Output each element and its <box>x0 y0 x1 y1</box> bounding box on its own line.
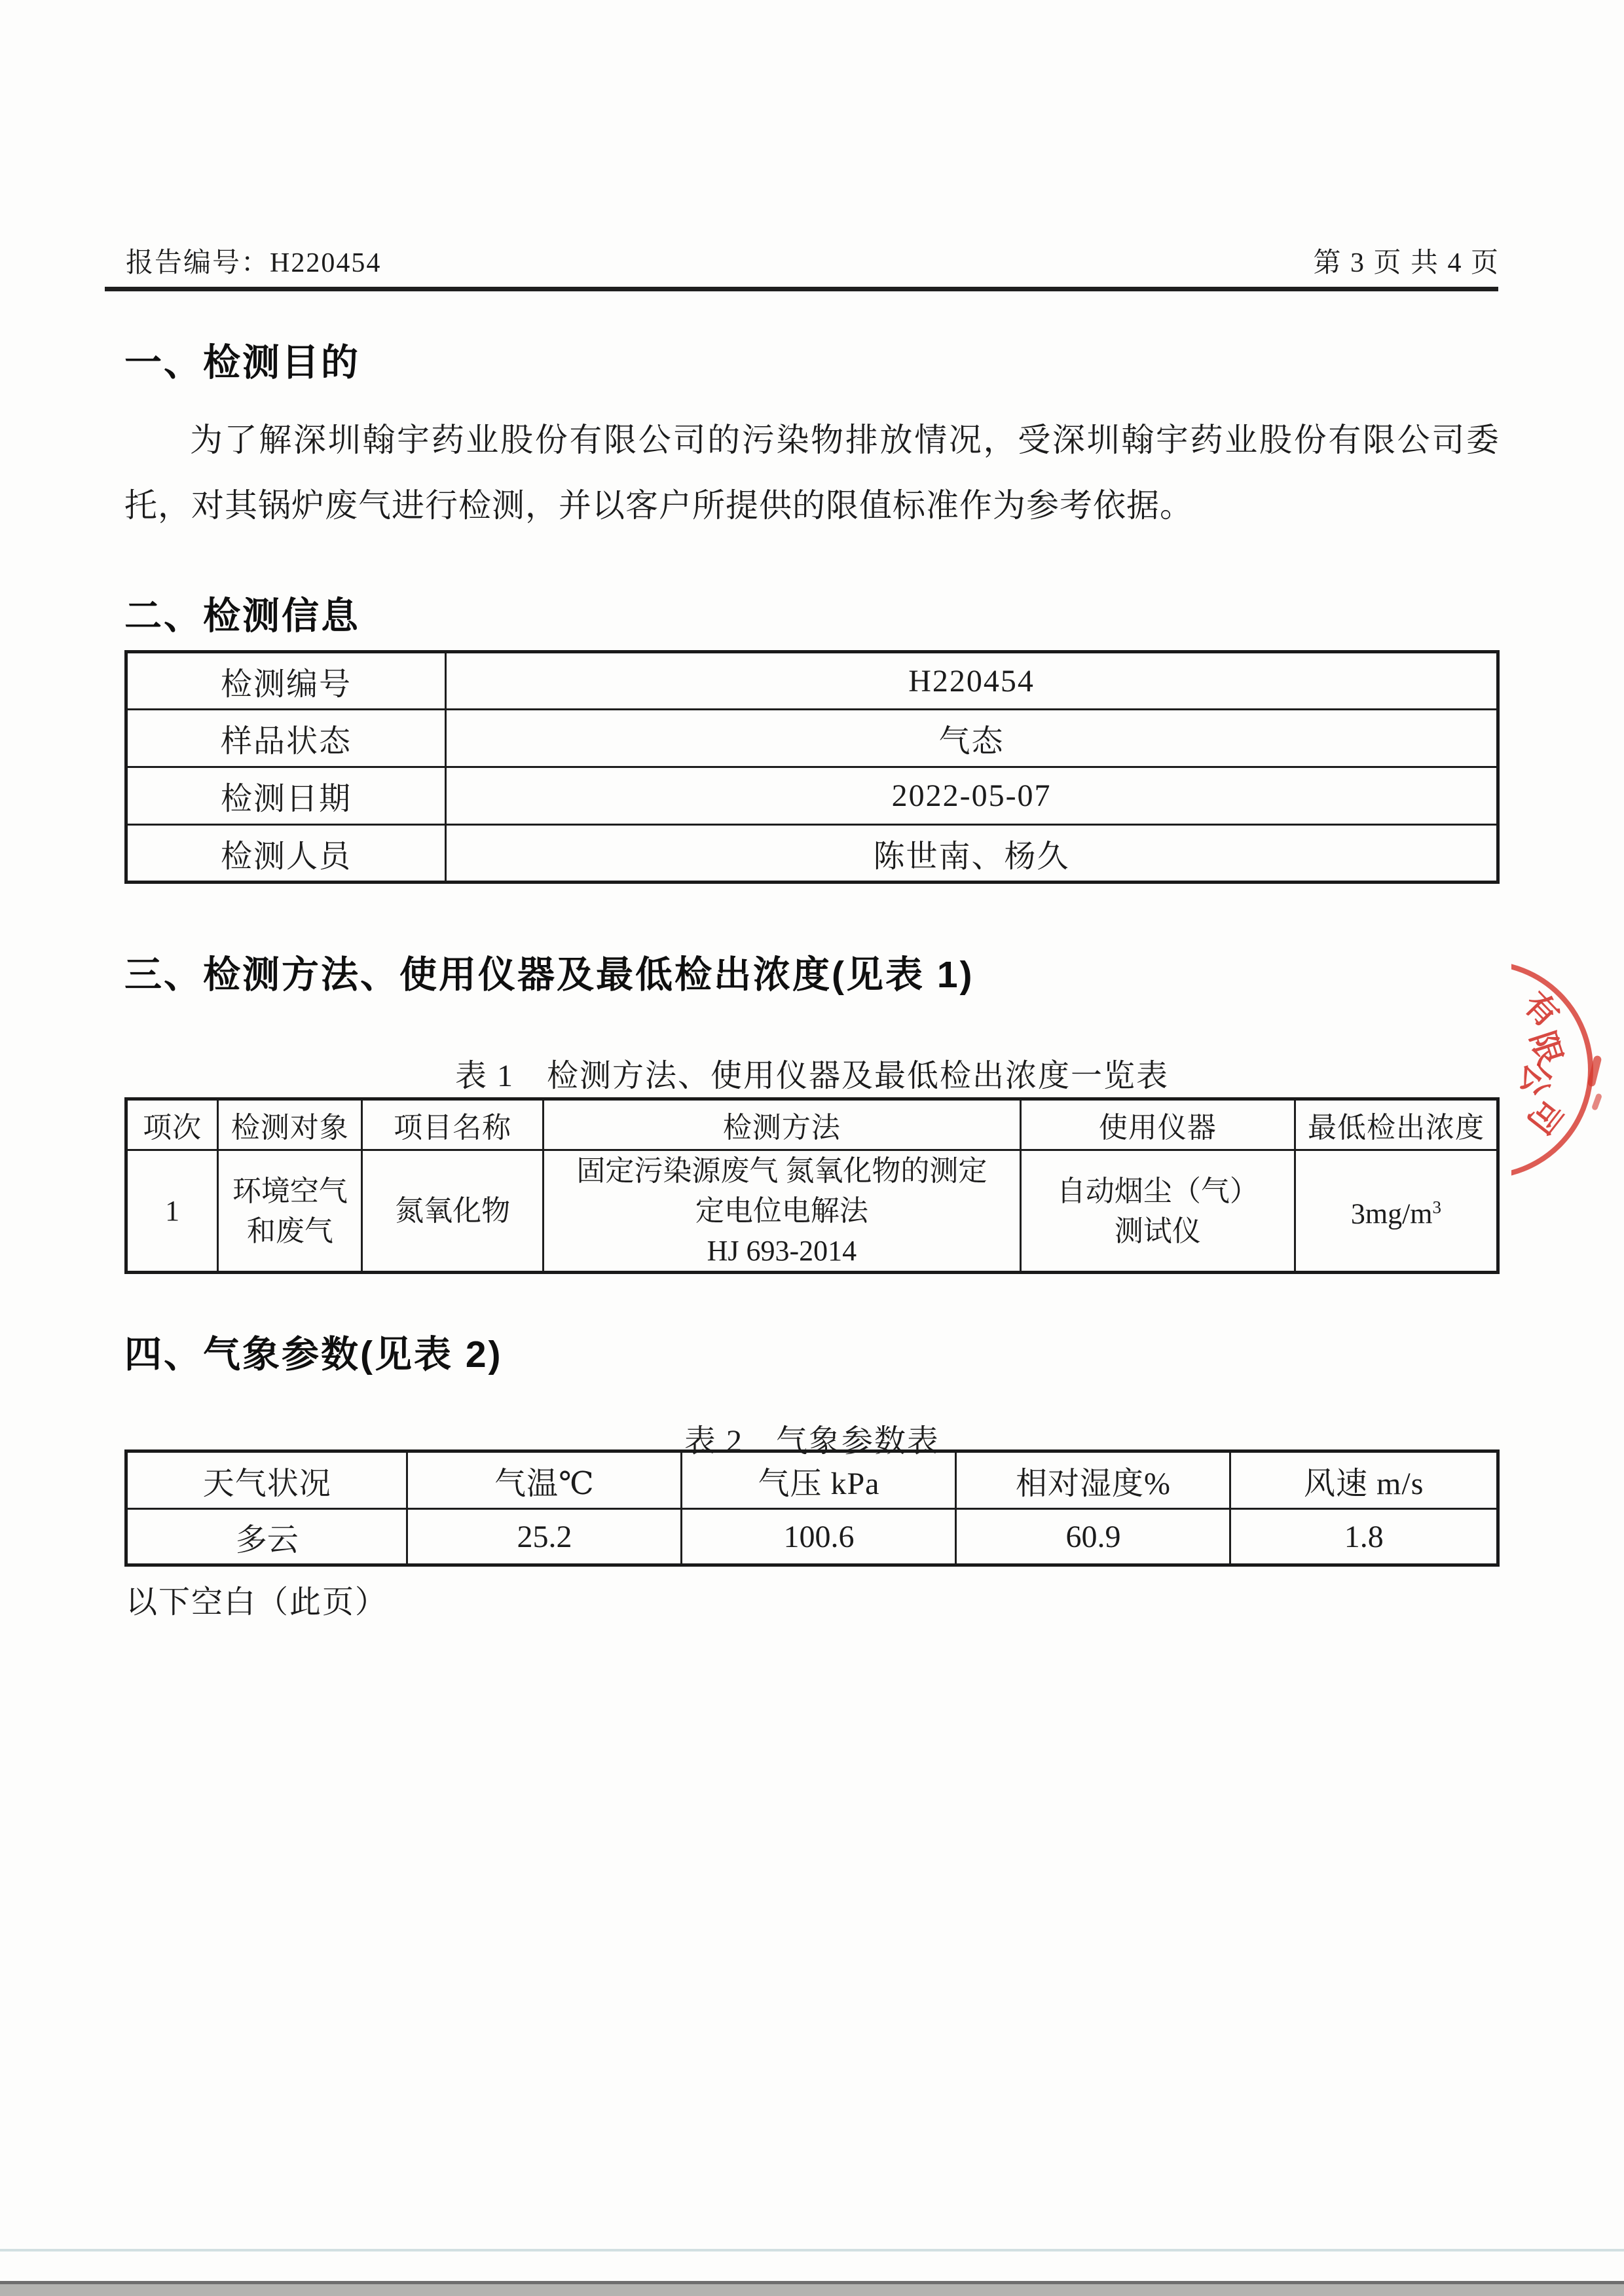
table-row: 检测编号 H220454 <box>126 652 1498 710</box>
scan-edge-band <box>0 2281 1624 2296</box>
page-number-info: 第 3 页 共 4 页 <box>1313 241 1500 280</box>
info-value: 陈世南、杨久 <box>446 825 1498 883</box>
instrument-line: 自动烟尘（气） <box>1027 1171 1289 1211</box>
table-header-row: 项次 检测对象 项目名称 检测方法 使用仪器 最低检出浓度 <box>126 1099 1498 1150</box>
table1-header-cell: 检测对象 <box>218 1099 362 1150</box>
method-line: 固定污染源废气 氮氧化物的测定 <box>549 1151 1014 1191</box>
info-value: 气态 <box>446 710 1498 767</box>
weather-value-cell: 60.9 <box>956 1509 1230 1565</box>
method-line: 定电位电解法 <box>549 1191 1014 1231</box>
info-label: 检测日期 <box>126 767 446 825</box>
seal-character: 有 <box>1517 985 1566 1034</box>
weather-table: 天气状况 气温℃ 气压 kPa 相对湿度% 风速 m/s 多云 25.2 100… <box>124 1449 1500 1567</box>
test-object-cell: 环境空气 和废气 <box>218 1150 362 1273</box>
weather-value-cell: 25.2 <box>407 1509 682 1565</box>
table-row: 多云 25.2 100.6 60.9 1.8 <box>126 1509 1498 1565</box>
table-header-row: 天气状况 气温℃ 气压 kPa 相对湿度% 风速 m/s <box>126 1451 1498 1509</box>
table2-header-cell: 相对湿度% <box>956 1451 1230 1509</box>
seal-character: 限 <box>1524 1027 1568 1070</box>
table1-caption: 表 1 检测方法、使用仪器及最低检出浓度一览表 <box>124 1050 1500 1095</box>
info-value: 2022-05-07 <box>446 767 1498 825</box>
detection-limit-value: 3mg/m <box>1351 1198 1433 1230</box>
instrument-line: 测试仪 <box>1027 1211 1289 1251</box>
company-seal-stamp: 有 限 公 司 <box>1511 953 1624 1190</box>
table2-header-cell: 天气状况 <box>126 1451 407 1509</box>
weather-value-cell: 1.8 <box>1230 1509 1498 1565</box>
table1-header-cell: 检测方法 <box>543 1099 1020 1150</box>
weather-value-cell: 100.6 <box>682 1509 956 1565</box>
method-line: HJ 693-2014 <box>549 1231 1014 1271</box>
table1-header-cell: 最低检出浓度 <box>1295 1099 1498 1150</box>
seal-ink-blot <box>1587 1055 1602 1087</box>
table1-header-cell: 使用仪器 <box>1020 1099 1295 1150</box>
table-row: 样品状态 气态 <box>126 710 1498 767</box>
seal-circle-arc <box>1511 960 1593 1179</box>
report-number: 报告编号：H220454 <box>126 241 381 280</box>
seal-character: 司 <box>1521 1093 1569 1140</box>
table2-header-cell: 气温℃ <box>407 1451 682 1509</box>
blank-below-note: 以下空白（此页） <box>126 1576 388 1622</box>
table-row: 1 环境空气 和废气 氮氧化物 固定污染源废气 氮氧化物的测定 定电位电解法 H… <box>126 1150 1498 1273</box>
info-label: 样品状态 <box>126 710 446 767</box>
test-object-line: 环境空气 <box>224 1171 356 1211</box>
seal-character: 公 <box>1516 1059 1555 1099</box>
section1-paragraph: 为了解深圳翰宇药业股份有限公司的污染物排放情况，受深圳翰宇药业股份有限公司委托，… <box>124 407 1500 538</box>
report-page: 报告编号：H220454 第 3 页 共 4 页 一、检测目的 为了解深圳翰宇药… <box>0 0 1624 2296</box>
table-row: 检测日期 2022-05-07 <box>126 767 1498 825</box>
section4-title: 四、气象参数(见表 2) <box>124 1324 503 1378</box>
table1-header-cell: 项目名称 <box>362 1099 544 1150</box>
section3-title: 三、检测方法、使用仪器及最低检出浓度(见表 1) <box>124 945 974 998</box>
test-object-line: 和废气 <box>224 1211 356 1251</box>
method-instrument-table: 项次 检测对象 项目名称 检测方法 使用仪器 最低检出浓度 1 环境空气 和废气… <box>124 1097 1500 1274</box>
scan-artifact-line <box>0 2249 1624 2251</box>
table-row: 检测人员 陈世南、杨久 <box>126 825 1498 883</box>
info-label: 检测人员 <box>126 825 446 883</box>
row-index-cell: 1 <box>126 1150 218 1273</box>
instrument-cell: 自动烟尘（气） 测试仪 <box>1020 1150 1295 1273</box>
table2-header-cell: 气压 kPa <box>682 1451 956 1509</box>
detection-limit-cell: 3mg/m3 <box>1295 1150 1498 1273</box>
section2-title: 二、检测信息 <box>124 586 360 640</box>
method-cell: 固定污染源废气 氮氧化物的测定 定电位电解法 HJ 693-2014 <box>543 1150 1020 1273</box>
section1-title: 一、检测目的 <box>124 333 360 386</box>
test-info-table: 检测编号 H220454 样品状态 气态 检测日期 2022-05-07 检测人… <box>124 650 1500 884</box>
item-name-cell: 氮氧化物 <box>362 1150 544 1273</box>
weather-value-cell: 多云 <box>126 1509 407 1565</box>
table2-header-cell: 风速 m/s <box>1230 1451 1498 1509</box>
table1-header-cell: 项次 <box>126 1099 218 1150</box>
header-divider-rule <box>105 287 1498 291</box>
info-value: H220454 <box>446 652 1498 710</box>
detection-limit-exponent: 3 <box>1433 1197 1442 1217</box>
info-label: 检测编号 <box>126 652 446 710</box>
seal-ink-blot <box>1591 1093 1602 1111</box>
